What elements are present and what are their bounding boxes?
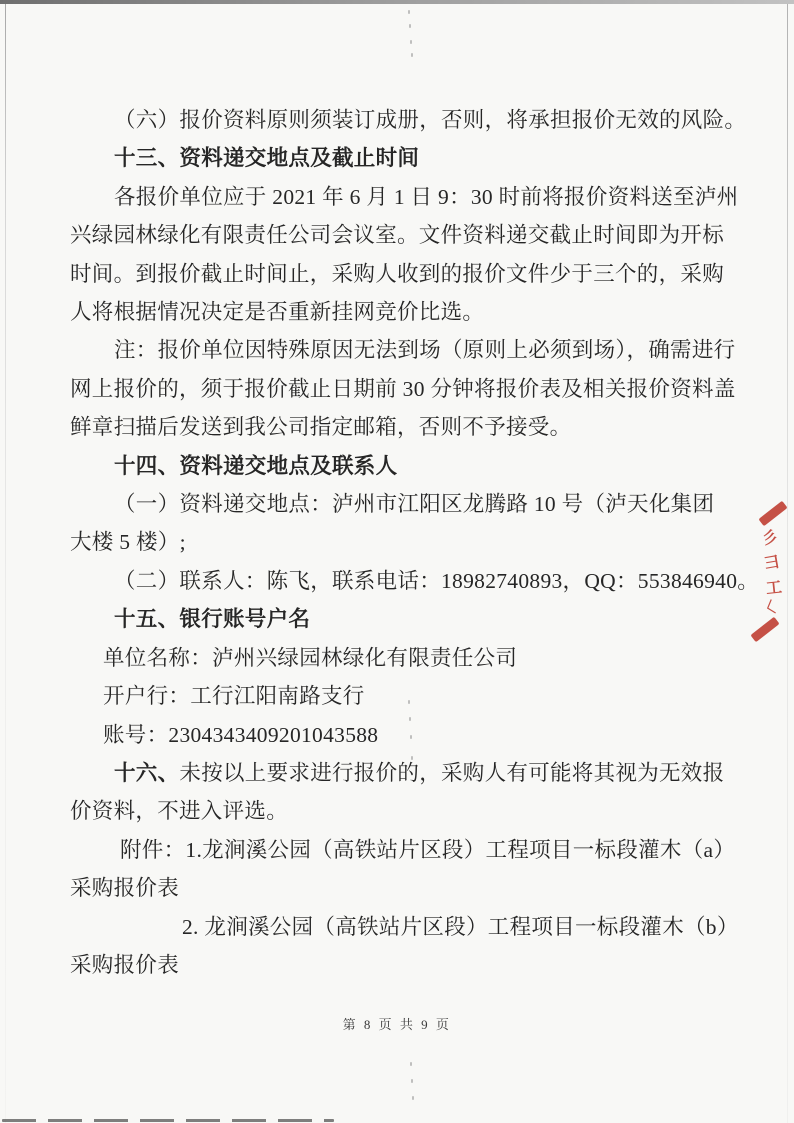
stamp-glyph: 彡 [761, 530, 780, 549]
stamp-glyph: 工 [765, 580, 783, 598]
fold-speck [411, 1079, 413, 1083]
fold-speck [410, 1062, 412, 1066]
scan-edge-left [5, 4, 6, 1123]
section-13-body-line: 人将根据情况决定是否重新挂网竞价比选。 [70, 293, 732, 331]
fold-speck [412, 1096, 414, 1100]
section-16-text: 未按以上要求进行报价的，采购人有可能将其视为无效报 [179, 761, 724, 785]
attachment-line-1-cont: 采购报价表 [70, 869, 732, 907]
section-16-body-line: 价资料，不进入评选。 [70, 792, 732, 830]
contact-line: （二）联系人：陈飞，联系电话：18982740893，QQ：553846940。 [70, 562, 732, 600]
stamp-arc-bottom [750, 617, 779, 643]
attachment-line-1: 附件：1.龙涧溪公园（高铁站片区段）工程项目一标段灌木（a） [70, 831, 732, 869]
section-14-heading: 十四、资料递交地点及联系人 [70, 447, 732, 485]
document-body: （六）报价资料原则须装订成册，否则，将承担报价无效的风险。 十三、资料递交地点及… [70, 101, 732, 984]
bank-branch-line: 开户行：工行江阳南路支行 [70, 677, 732, 715]
note-line: 网上报价的，须于报价截止日期前 30 分钟将报价表及相关报价资料盖 [70, 370, 732, 408]
section-13-body-line: 时间。到报价截止时间止，采购人收到的报价文件少于三个的，采购 [70, 255, 732, 293]
section-16-number: 十六、 [114, 761, 179, 785]
scan-edge-bottom [2, 1119, 334, 1122]
delivery-address-line: （一）资料递交地点：泸州市江阳区龙腾路 10 号（泸天化集团 [70, 485, 732, 523]
section-13-body-line: 兴绿园林绿化有限责任公司会议室。文件资料递交截止时间即为开标 [70, 216, 732, 254]
fold-speck [411, 53, 413, 57]
section-13-body-line: 各报价单位应于 2021 年 6 月 1 日 9：30 时前将报价资料送至泸州 [70, 178, 732, 216]
stamp-arc-top [758, 501, 787, 527]
section-13-heading: 十三、资料递交地点及截止时间 [70, 139, 732, 177]
section-15-heading: 十五、银行账号户名 [70, 600, 732, 638]
attachment-line-2-cont: 采购报价表 [70, 946, 732, 984]
account-number-line: 账号：2304343409201043588 [70, 716, 732, 754]
stamp-fragment: 彡 彐 工 〈 [749, 499, 794, 649]
item-six-clause: （六）报价资料原则须装订成册，否则，将承担报价无效的风险。 [70, 101, 732, 139]
account-name-line: 单位名称：泸州兴绿园林绿化有限责任公司 [70, 639, 732, 677]
fold-speck [409, 24, 411, 28]
delivery-address-line: 大楼 5 楼）; [70, 523, 732, 561]
fold-speck [410, 40, 412, 44]
scan-edge-top [0, 0, 794, 4]
attachment-line-2: 2. 龙涧溪公园（高铁站片区段）工程项目一标段灌木（b） [70, 908, 732, 946]
section-16-heading-line: 十六、未按以上要求进行报价的，采购人有可能将其视为无效报 [70, 754, 732, 792]
document-page: （六）报价资料原则须装订成册，否则，将承担报价无效的风险。 十三、资料递交地点及… [0, 0, 794, 1123]
note-line: 鲜章扫描后发送到我公司指定邮箱，否则不予接受。 [70, 408, 732, 446]
note-line: 注：报价单位因特殊原因无法到场（原则上必须到场），确需进行 [70, 331, 732, 369]
fold-speck [408, 10, 410, 14]
page-number: 第 8 页 共 9 页 [0, 1014, 794, 1033]
stamp-glyph: 彐 [763, 555, 782, 574]
